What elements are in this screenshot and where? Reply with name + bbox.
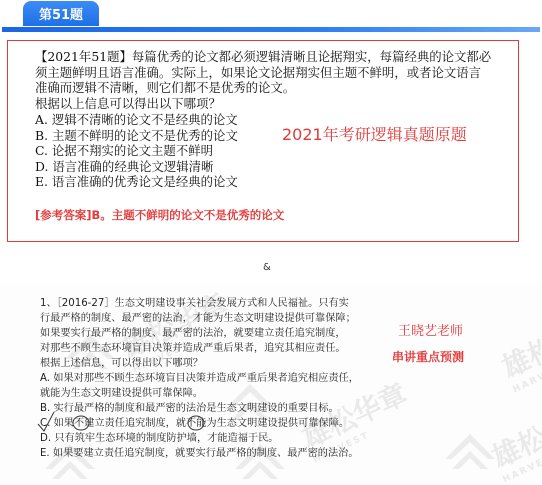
- stem-line: 【2021年51题】每篇优秀的论文都必须逻辑清晰且论据翔实，每篇经典的论文都必: [35, 49, 515, 65]
- question-number-tab[interactable]: 第51题: [23, 1, 99, 26]
- exam-source-label: 2021年考研逻辑真题原题: [282, 122, 467, 145]
- stem-line: 根据以上信息可以得出以下哪项？: [35, 96, 515, 112]
- question-2016-slide: 雄松华章 HARVEST 雄松华章 HARVEST 雄松华章 HARVEST 雄…: [0, 284, 542, 485]
- stem-line: 须主题鲜明且语言准确。实际上，如果论文论据翔实但主题不鲜明，或者论文语言: [35, 65, 515, 81]
- lecture-topic: 串讲重点预测: [392, 348, 464, 365]
- watermark-text: 雄松华章 HARVEST: [495, 303, 542, 396]
- option-a-continued: 就能为生态文明建设提供可靠保障。: [40, 386, 359, 401]
- separator-symbol: &: [263, 262, 271, 273]
- option-b: B. 实行最严格的制度和最严密的法治是生态文明建设的重要目标。: [40, 401, 359, 416]
- option-d: D. 语言准确的经典论文逻辑清晰: [35, 159, 238, 175]
- question-2021-options: A. 逻辑不清晰的论文不是经典的论文 B. 主题不鲜明的论文不是优秀的论文 C.…: [35, 112, 238, 190]
- option-c: C. 如果不建立责任追究制度，就不能为生态文明建设提供可靠保障。: [40, 416, 359, 431]
- question-2021-stem: 【2021年51题】每篇优秀的论文都必须逻辑清晰且论据翔实，每篇经典的论文都必 …: [35, 49, 515, 111]
- question-2016-options: A. 如果对那些不顾生态环境盲目决策并造成严重后果者追究相应责任， 就能为生态文…: [40, 371, 359, 461]
- teacher-name: 王晓艺老师: [398, 320, 463, 339]
- stem-line: 对那些不顾生态环境盲目决策并造成严重后果者，追究其相应责任。: [40, 341, 380, 356]
- watermark-logo-icon: [440, 424, 500, 474]
- stem-line: 如果要实行最严格的制度、最严密的法治，就要建立责任追究制度，: [40, 326, 380, 341]
- stem-line: 行最严格的制度、最严密的法治，才能为生态文明建设提供可靠保障；: [40, 311, 380, 326]
- option-d: D. 只有筑牢生态环境的制度防护墙，才能造福于民。: [40, 431, 359, 446]
- tab-underline: [2, 27, 540, 32]
- question-2016-stem: 1、［2016-27］生态文明建设事关社会发展方式和人民福祉。只有实 行最严格的…: [40, 296, 380, 371]
- option-a: A. 逻辑不清晰的论文不是经典的论文: [35, 112, 238, 128]
- option-b: B. 主题不鲜明的论文不是优秀的论文: [35, 128, 238, 144]
- option-a: A. 如果对那些不顾生态环境盲目决策并造成严重后果者追究相应责任，: [40, 371, 359, 386]
- option-c: C. 论据不翔实的论文主题不鲜明: [35, 143, 238, 159]
- option-e: E. 语言准确的优秀论文是经典的论文: [35, 174, 238, 190]
- reference-answer: [参考答案]B。主题不鲜明的论文不是优秀的论文: [35, 207, 284, 223]
- watermark-text: 雄松华章 HARVEST: [485, 393, 542, 485]
- option-e: E. 如果要建立责任追究制度，就要实行最严格的制度、最严密的法治。: [40, 446, 359, 461]
- stem-line: 1、［2016-27］生态文明建设事关社会发展方式和人民福祉。只有实: [40, 296, 380, 311]
- question-2021-box: 【2021年51题】每篇优秀的论文都必须逻辑清晰且论据翔实，每篇经典的论文都必 …: [7, 40, 519, 242]
- stem-line: 准确而逻辑不清晰，则它们都不是优秀的论文。: [35, 80, 515, 96]
- stem-line: 根据上述信息，可以得出以下哪项？: [40, 356, 380, 371]
